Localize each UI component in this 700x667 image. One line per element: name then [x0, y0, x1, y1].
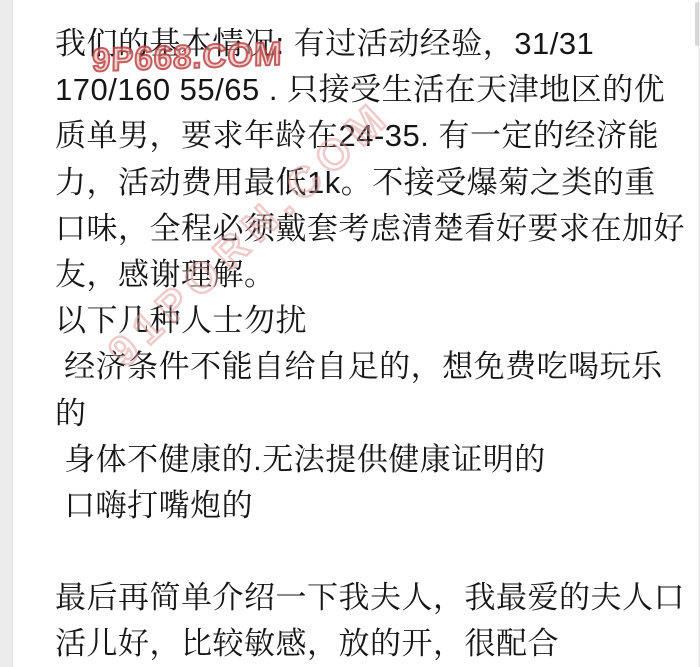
text-line — [55, 529, 660, 575]
text-body: 我们的基本情况: 有过活动经验，31/31 170/160 55/65 . 只接… — [55, 21, 660, 667]
text-line: 以下几种人士勿扰 — [55, 298, 660, 344]
text-line: 友，感谢理解。 — [55, 252, 660, 298]
text-line: 170/160 55/65 . 只接受生活在天津地区的优 — [55, 67, 660, 113]
text-line: 最后再简单介绍一下我夫人，我最爱的夫人口 — [55, 575, 660, 621]
text-line: 经济条件不能自给自足的，想免费吃喝玩乐 — [55, 344, 660, 390]
left-gutter — [0, 0, 13, 667]
text-line: 口嗨打嘴炮的 — [55, 483, 660, 529]
text-line: 力，活动费用最低1k。不接受爆菊之类的重 — [55, 160, 660, 206]
text-line: 身体不健康的.无法提供健康证明的 — [55, 437, 660, 483]
text-line: 的 — [55, 391, 660, 437]
scrollbar-thumb[interactable] — [695, 2, 699, 46]
text-line: 活儿好，比较敏感，放的开，很配合 — [55, 621, 660, 667]
text-line: 口味，全程必须戴套考虑清楚看好要求在加好 — [55, 206, 660, 252]
text-line: 质单男，要求年龄在24-35. 有一定的经济能 — [55, 113, 660, 159]
text-line: 我们的基本情况: 有过活动经验，31/31 — [55, 21, 660, 67]
